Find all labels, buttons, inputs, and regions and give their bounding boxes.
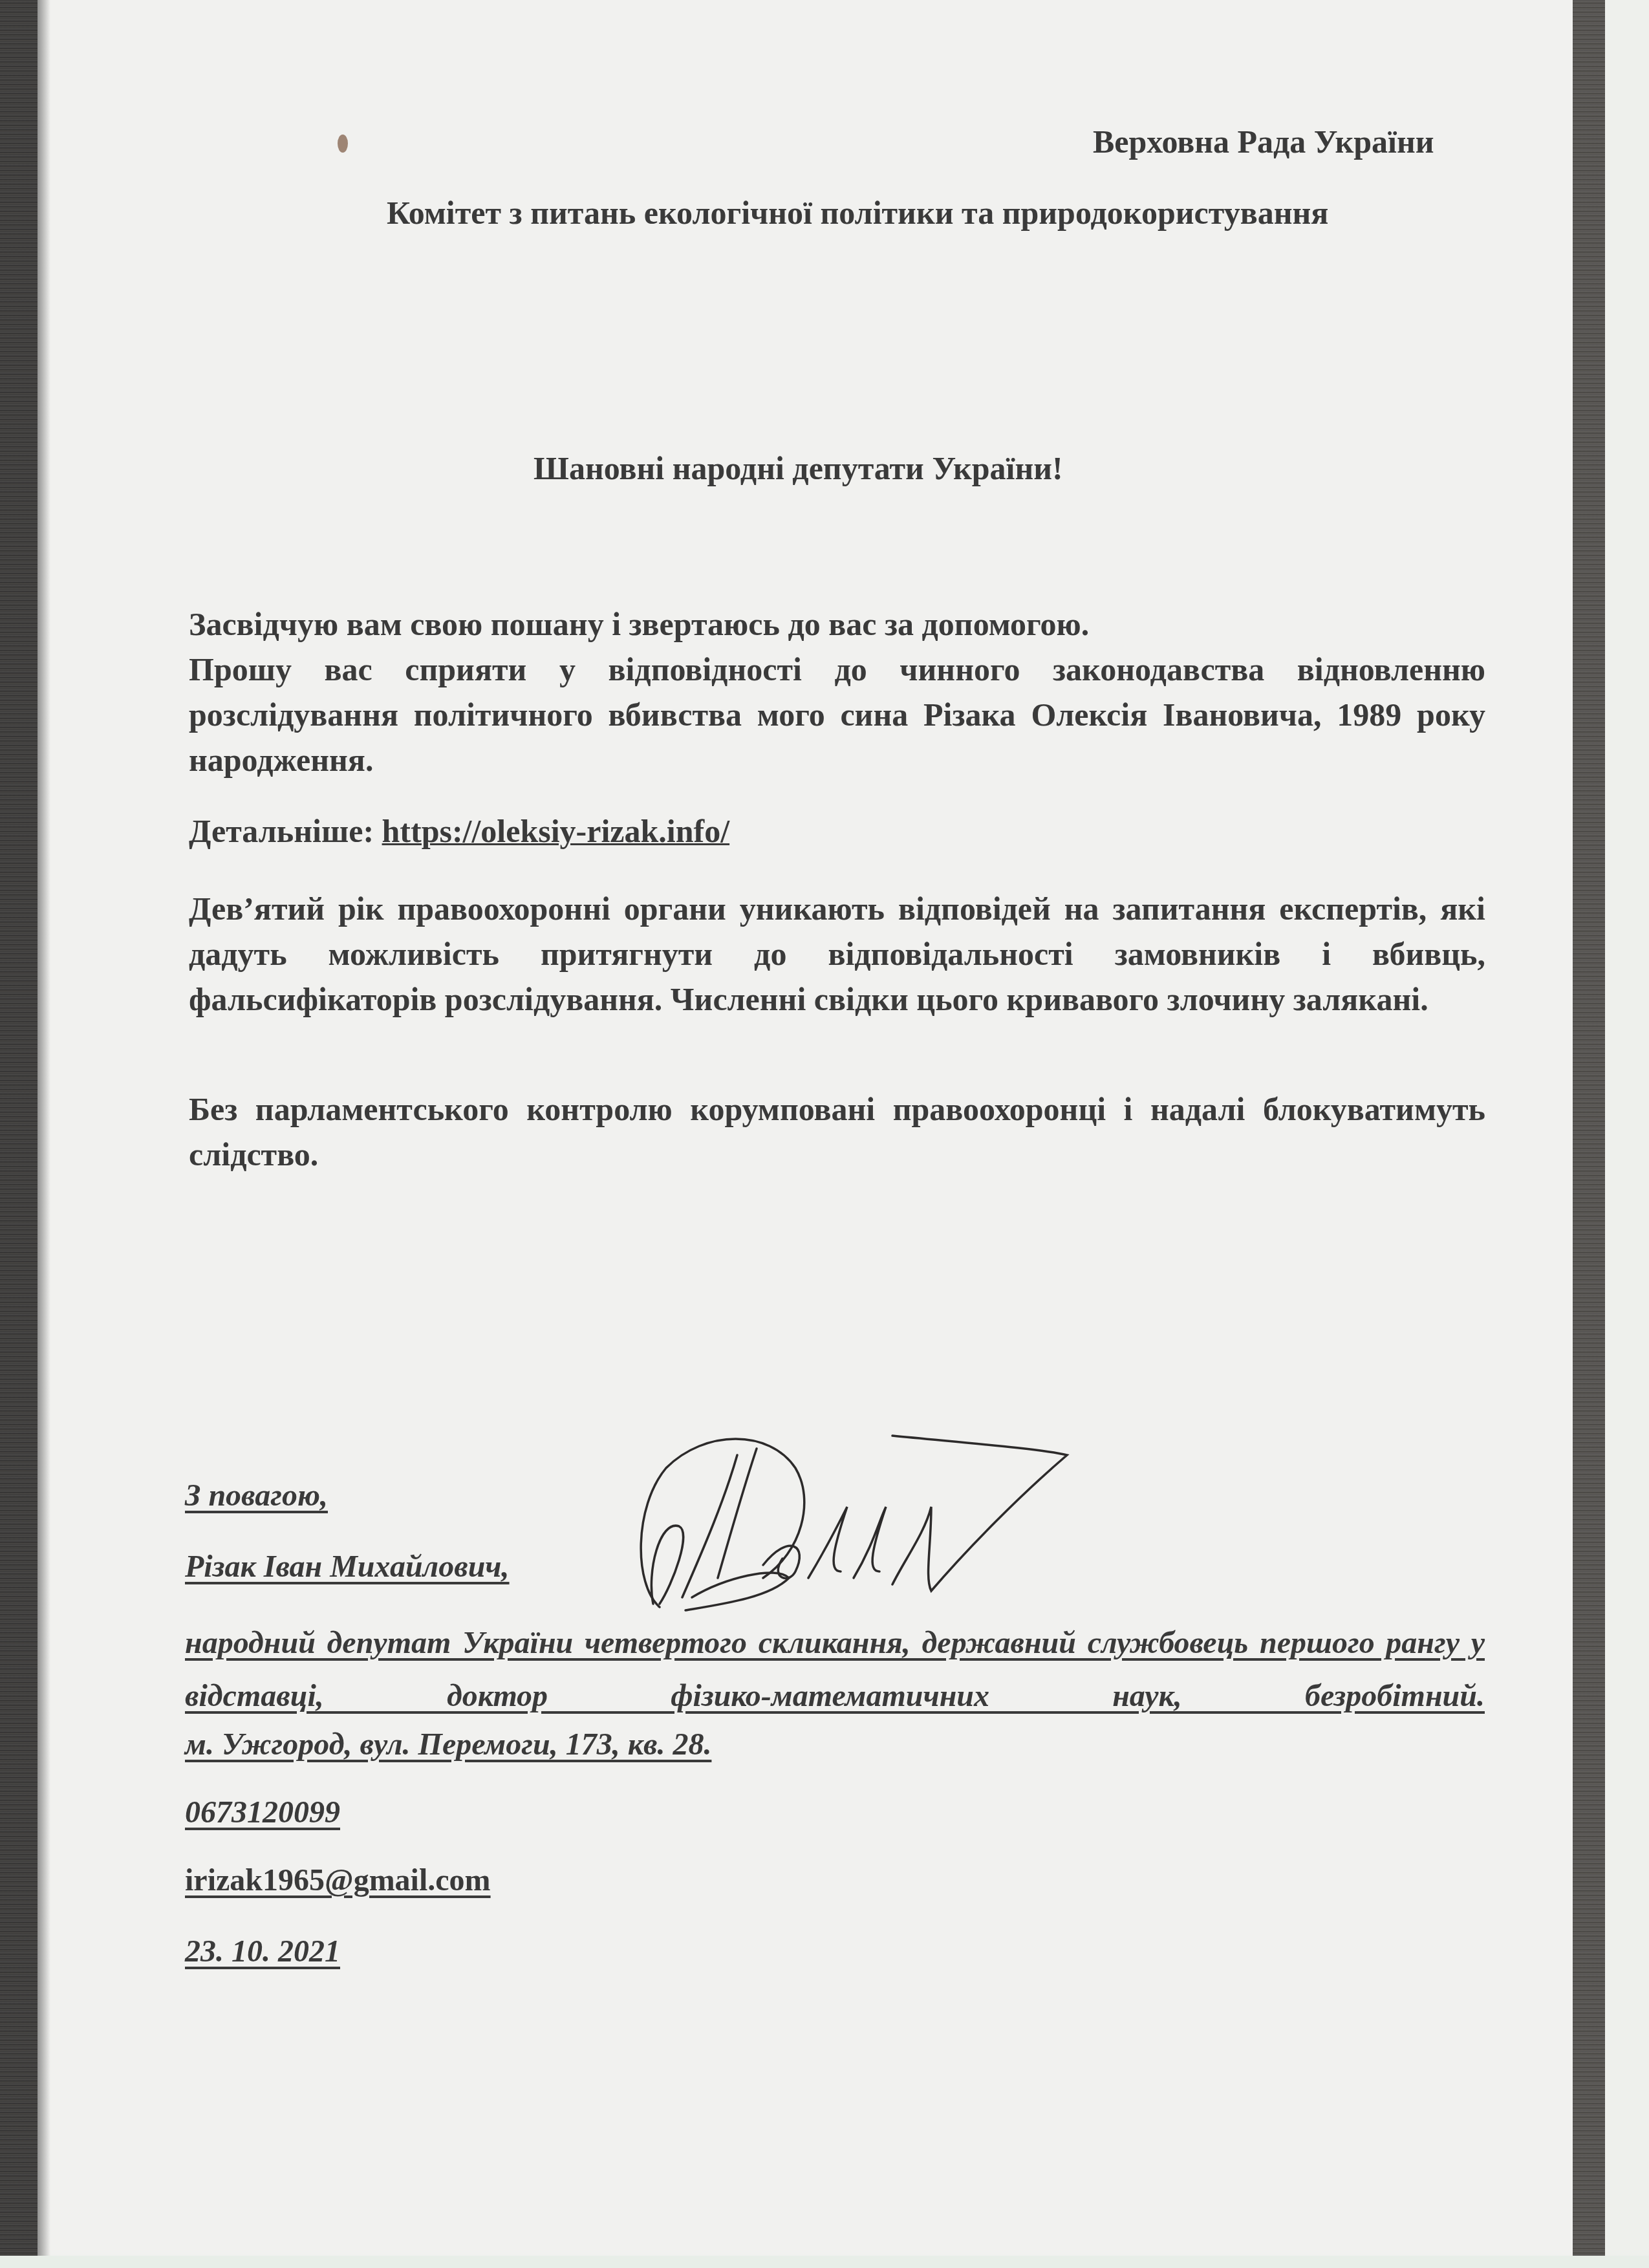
signer-address: м. Ужгород, вул. Перемоги, 173, кв. 28.: [185, 1727, 711, 1762]
handwritten-signature-icon: [621, 1416, 1255, 1623]
scan-edge-right: [1573, 0, 1605, 2268]
scan-edge-left-fade: [38, 0, 50, 2268]
scan-edge-left: [0, 0, 38, 2268]
details-line: Детальніше: https://oleksiy-rizak.info/: [189, 808, 1485, 854]
scanned-letter-page: Верховна Рада України Комітет з питань е…: [0, 0, 1649, 2268]
body-paragraph-1: Засвідчую вам свою пошану і звертаюсь до…: [189, 601, 1485, 783]
signer-phone: 0673120099: [185, 1795, 340, 1830]
scanner-bed-right: [1605, 0, 1649, 2268]
details-label: Детальніше:: [189, 813, 382, 849]
body-paragraph-3: Дев’ятий рік правоохоронні органи уникаю…: [189, 886, 1485, 1022]
signer-name: Різак Іван Михайлович,: [185, 1549, 510, 1584]
scanner-bed-bottom: [0, 2256, 1649, 2268]
salutation: Шановні народні депутати України!: [533, 449, 1063, 487]
signer-title: народний депутат України четвертого скли…: [185, 1617, 1485, 1723]
body-request-text: Прошу вас сприяти у відповідності до чин…: [189, 651, 1485, 778]
closing-regards: З повагою,: [185, 1478, 328, 1513]
details-link[interactable]: https://oleksiy-rizak.info/: [382, 813, 730, 849]
recipient-committee: Комітет з питань екологічної політики та…: [387, 194, 1328, 232]
ink-smudge: [338, 135, 348, 153]
signer-email: irizak1965@gmail.com: [185, 1863, 491, 1898]
body-paragraph-4: Без парламентського контролю корумповані…: [189, 1086, 1485, 1177]
letter-date: 23. 10. 2021: [185, 1934, 340, 1969]
recipient-organization: Верховна Рада України: [1093, 123, 1434, 160]
body-line-greeting: Засвідчую вам свою пошану і звертаюсь до…: [189, 601, 1485, 647]
